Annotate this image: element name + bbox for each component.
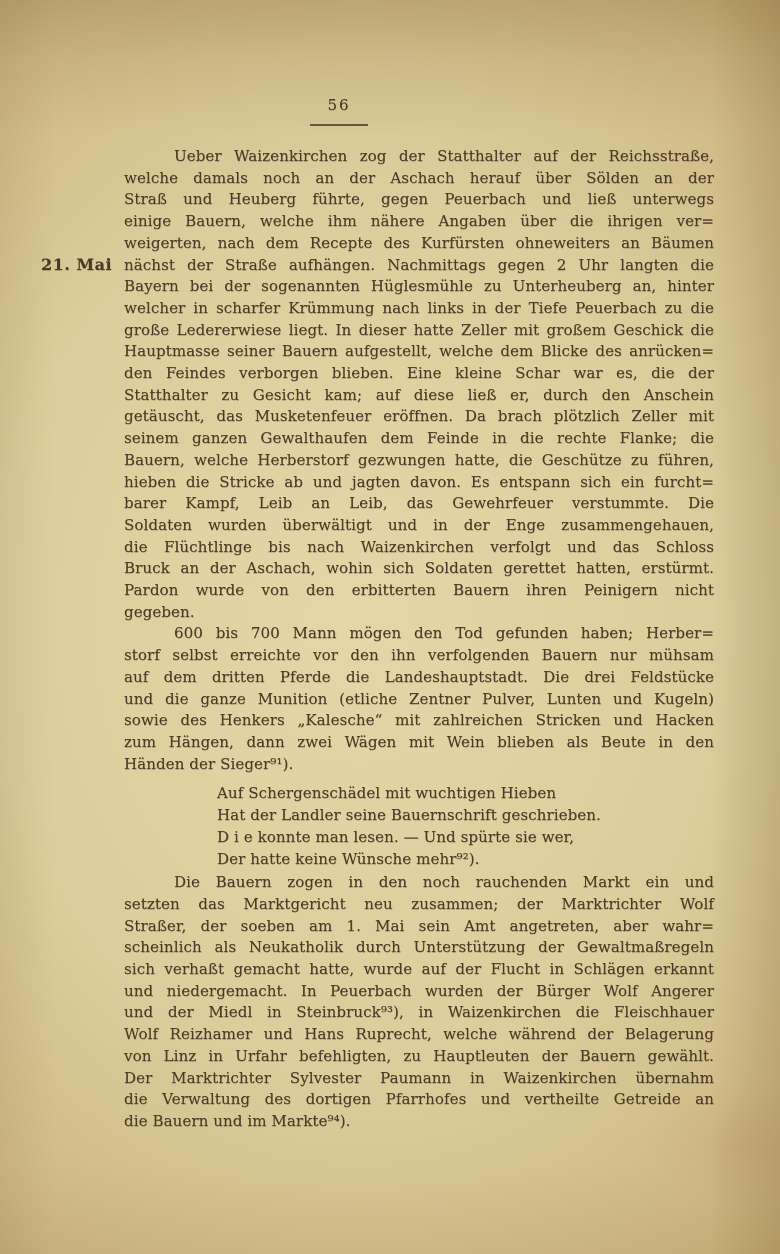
paragraph-1: Ueber Waizenkirchen zog der Statthalter … <box>124 146 714 623</box>
text-line: Auf Schergenschädel mit wuchtigen Hieben <box>217 783 714 805</box>
text-line: gegeben. <box>124 602 714 624</box>
text-line: barer Kampf, Leib an Leib, das Gewehrfeu… <box>124 493 714 515</box>
text-line: zum Hängen, dann zwei Wägen mit Wein bli… <box>124 732 714 754</box>
paragraph-3: Die Bauern zogen in den noch rauchenden … <box>124 872 714 1132</box>
text-line: Statthalter zu Gesicht kam; auf diese li… <box>124 385 714 407</box>
text-line: Wolf Reizhamer und Hans Ruprecht, welche… <box>124 1024 714 1046</box>
text-line: weigerten, nach dem Recepte des Kurfürst… <box>124 233 714 255</box>
text-line: D i e konnte man lesen. — Und spürte sie… <box>217 827 714 849</box>
text-line: Händen der Sieger⁹¹). <box>124 754 714 776</box>
text-line: die Verwaltung des dortigen Pfarrhofes u… <box>124 1089 714 1111</box>
paragraph-2: 600 bis 700 Mann mögen den Tod gefunden … <box>124 623 714 775</box>
text-line: Soldaten wurden überwältigt und in der E… <box>124 515 714 537</box>
text-line: seinem ganzen Gewalthaufen dem Feinde in… <box>124 428 714 450</box>
text-line: Die Bauern zogen in den noch rauchenden … <box>124 872 714 894</box>
text-line: Bayern bei der sogenannten Hüglesmühle z… <box>124 276 714 298</box>
scanned-book-page: 56 21. Mai Ueber Waizenkirchen zog der S… <box>0 0 780 1254</box>
text-line: 600 bis 700 Mann mögen den Tod gefunden … <box>124 623 714 645</box>
text-line: welcher in scharfer Krümmung nach links … <box>124 298 714 320</box>
text-line: Pardon wurde von den erbitterten Bauern … <box>124 580 714 602</box>
text-line: Bruck an der Aschach, wohin sich Soldate… <box>124 558 714 580</box>
text-line: Bauern, welche Herberstorf gezwungen hat… <box>124 450 714 472</box>
page-number-rule <box>310 124 368 126</box>
text-line: Straßer, der soeben am 1. Mai sein Amt a… <box>124 916 714 938</box>
verse-bauernschrift: Auf Schergenschädel mit wuchtigen Hieben… <box>217 783 714 870</box>
text-line: einige Bauern, welche ihm nähere Angaben… <box>124 211 714 233</box>
text-line: große Ledererwiese liegt. In dieser hatt… <box>124 320 714 342</box>
text-line: nächst der Straße aufhängen. Nachmittags… <box>124 255 714 277</box>
text-line: die Flüchtlinge bis nach Waizenkirchen v… <box>124 537 714 559</box>
text-line: und die ganze Munition (etliche Zentner … <box>124 689 714 711</box>
text-line: und niedergemacht. In Peuerbach wurden d… <box>124 981 714 1003</box>
text-line: Hauptmasse seiner Bauern aufgestellt, we… <box>124 341 714 363</box>
text-line: von Linz in Urfahr befehligten, zu Haupt… <box>124 1046 714 1068</box>
text-line: die Bauern und im Markte⁹⁴). <box>124 1111 714 1133</box>
text-line: den Feindes verborgen blieben. Eine klei… <box>124 363 714 385</box>
text-line: sowie des Henkers „Kalesche“ mit zahlrei… <box>124 710 714 732</box>
text-block: Ueber Waizenkirchen zog der Statthalter … <box>124 146 714 1133</box>
text-line: storf selbst erreichte vor den ihn verfo… <box>124 645 714 667</box>
text-line: Hat der Landler seine Bauernschrift gesc… <box>217 805 714 827</box>
text-line: Der hatte keine Wünsche mehr⁹²). <box>217 849 714 871</box>
text-line: getäuscht, das Musketenfeuer eröffnen. D… <box>124 406 714 428</box>
text-line: Der Marktrichter Sylvester Paumann in Wa… <box>124 1068 714 1090</box>
text-line: auf dem dritten Pferde die Landeshauptst… <box>124 667 714 689</box>
text-line: Ueber Waizenkirchen zog der Statthalter … <box>124 146 714 168</box>
text-line: Straß und Heuberg führte, gegen Peuerbac… <box>124 189 714 211</box>
text-line: setzten das Marktgericht neu zusammen; d… <box>124 894 714 916</box>
text-line: und der Miedl in Steinbruck⁹³), in Waize… <box>124 1002 714 1024</box>
text-line: scheinlich als Neukatholik durch Unterst… <box>124 937 714 959</box>
text-line: hieben die Stricke ab und jagten davon. … <box>124 472 714 494</box>
margin-note-date: 21. Mai <box>41 255 112 274</box>
text-line: sich verhaßt gemacht hatte, wurde auf de… <box>124 959 714 981</box>
text-line: welche damals noch an der Aschach herauf… <box>124 168 714 190</box>
page-number: 56 <box>306 96 372 114</box>
